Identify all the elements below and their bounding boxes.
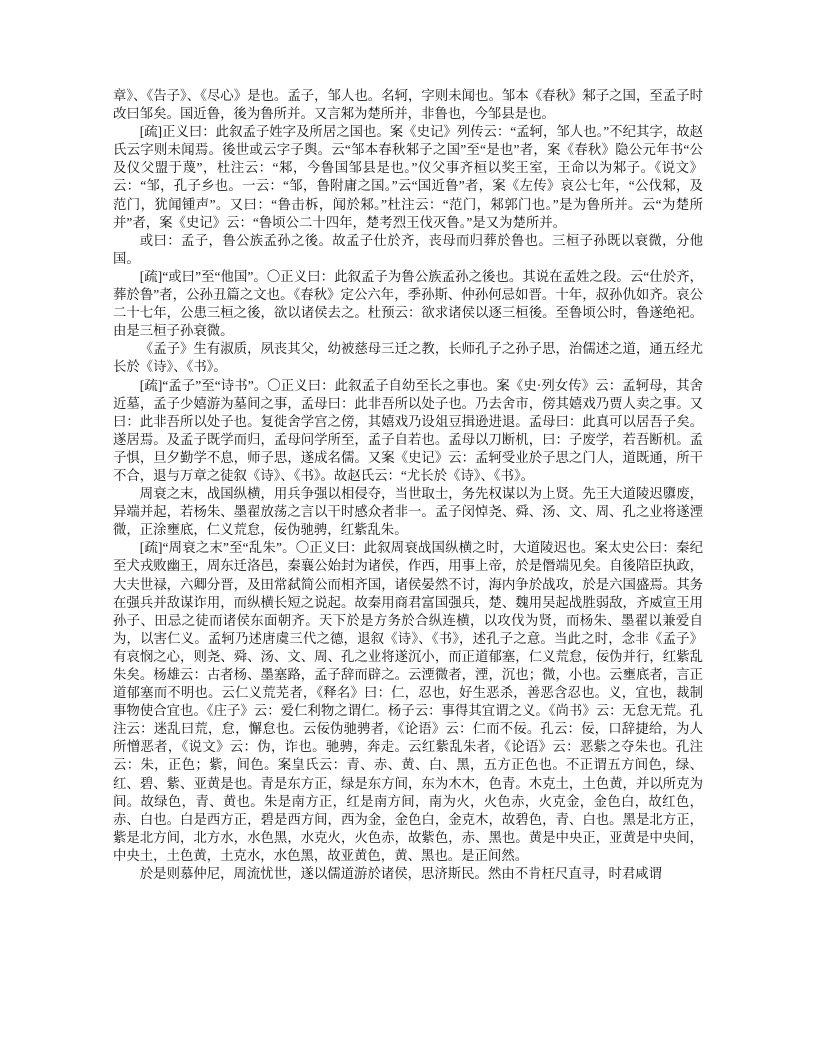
paragraph-huoyue: 或曰：孟子，鲁公族孟孙之後。故孟子仕於齐，丧母而归葬於鲁也。三桓子孙既以衰微，分… <box>113 232 703 268</box>
paragraph-mengzi-sheng: 《孟子》生有淑质，夙丧其父，幼被慈母三迁之教，长师孔子之孙子思，治儒述之道，通五… <box>113 340 703 376</box>
paragraph-shu-3: [疏]“孟子”至“诗书”。〇正义曰：此叙孟子自幼至长之事也。案《史·列女传》云：… <box>113 377 703 486</box>
paragraph-shu-2: [疏]“或曰”至“他国”。〇正义曰：此叙孟子为鲁公族孟孙之後也。其说在孟姓之段。… <box>113 268 703 340</box>
paragraph-zhoushuai: 周衰之末，战国纵横，用兵争强以相侵夺，当世取士，务先权谋以为上贤。先王大道陵迟隳… <box>113 485 703 539</box>
paragraph-shu-4: [疏]“周衰之末”至“乱朱”。〇正义曰：此叙周衰战国纵横之时，大道陵迟也。案太史… <box>113 539 703 865</box>
paragraph-shu-1: [疏]正义曰：此叙孟子姓字及所居之国也。案《史记》列传云：“孟轲，邹人也。”不纪… <box>113 123 703 232</box>
paragraph-yushi: 於是则慕仲尼，周流忧世，遂以儒道游於诸侯，思济斯民。然由不肯枉尺直寻，时君咸谓 <box>113 865 703 883</box>
document-page: 章》、《告子》、《尽心》是也。孟子，邹人也。名轲，字则未闻也。邹本《春秋》邾子之… <box>113 87 703 883</box>
paragraph-continuation: 章》、《告子》、《尽心》是也。孟子，邹人也。名轲，字则未闻也。邹本《春秋》邾子之… <box>113 87 703 123</box>
